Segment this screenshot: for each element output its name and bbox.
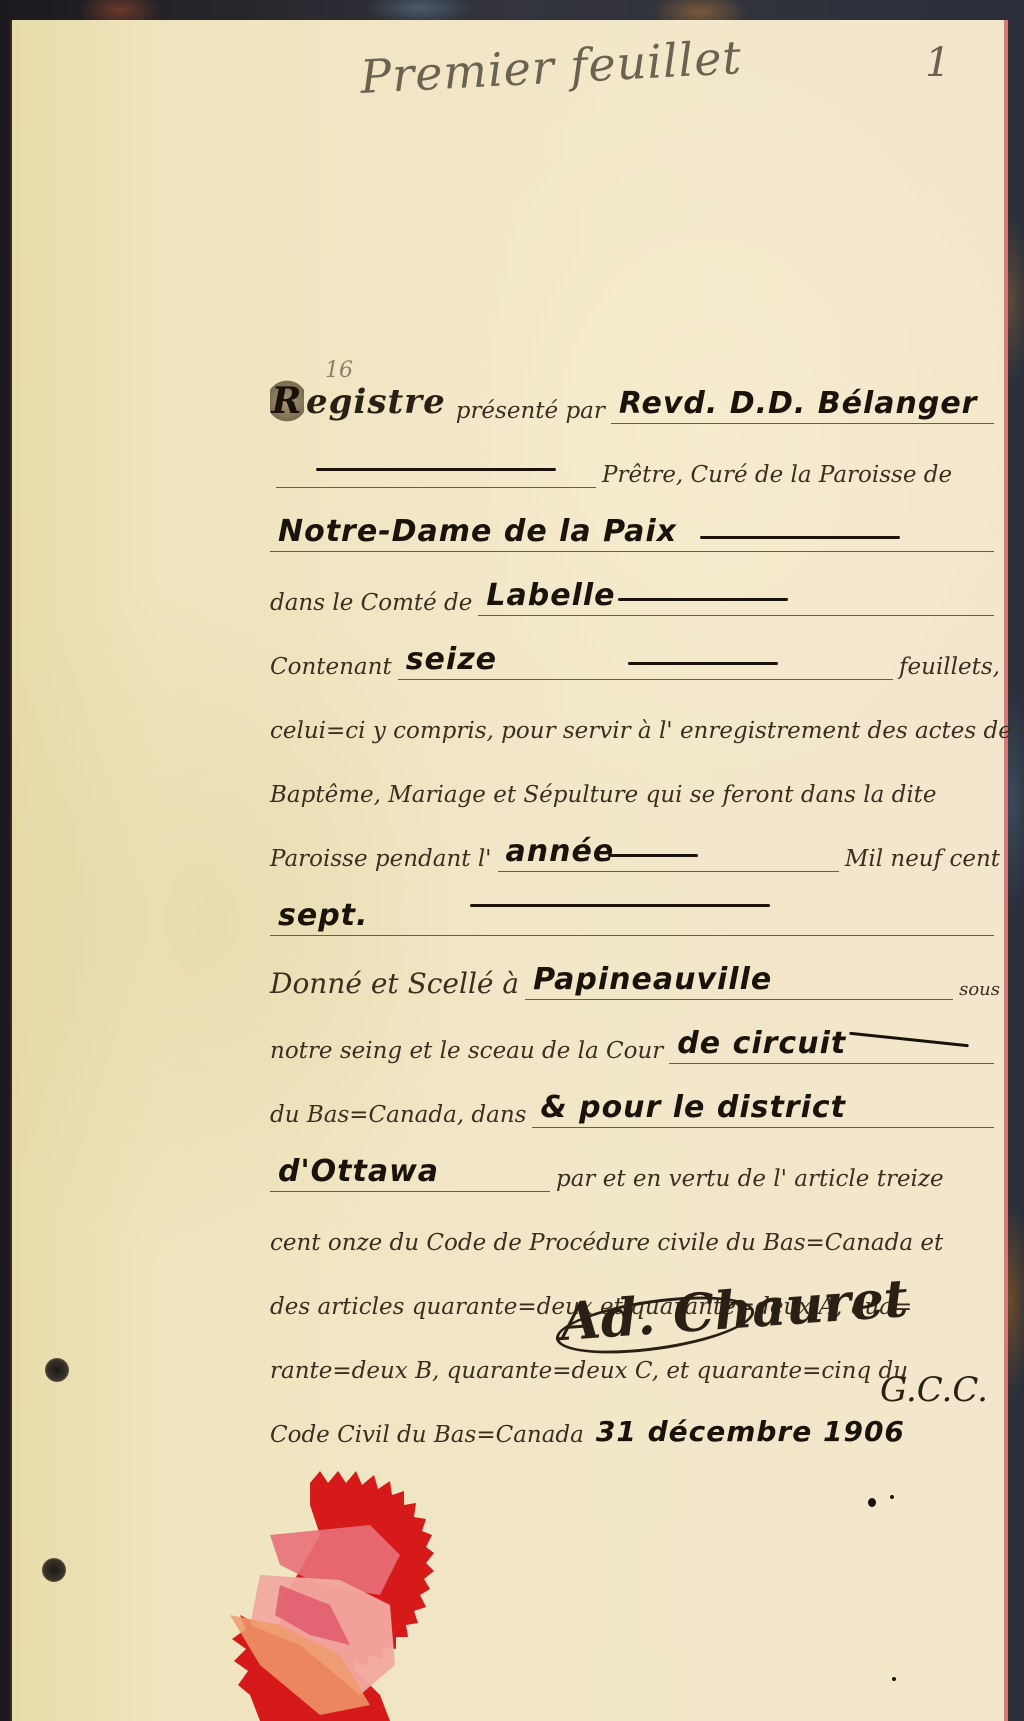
pen-stroke — [618, 598, 788, 601]
page-number: 1 — [925, 40, 950, 86]
handwritten-entry: seize — [406, 642, 497, 677]
printed-text: feuillets, — [899, 654, 1000, 680]
handwritten-entry: Notre-Dame de la Paix — [278, 514, 677, 549]
printed-text: rante=deux B, quarante=deux C, et quaran… — [270, 1358, 908, 1384]
printed-text: Mil neuf cent — [845, 846, 1000, 872]
ornamental-capital-icon: R — [270, 378, 304, 424]
form-line: Donné et Scellé à Papineauville sous — [270, 946, 1000, 1010]
form-line: d'Ottawa par et en vertu de l' article t… — [270, 1138, 1000, 1202]
field-presented-by: Revd. D.D. Bélanger — [611, 384, 994, 424]
printed-text: Donné et Scellé à — [270, 967, 519, 1000]
pen-stroke — [470, 904, 770, 907]
printed-text: notre seing et le sceau de la Cour — [270, 1038, 663, 1064]
field-year-word: année — [498, 832, 839, 872]
field-court: de circuit — [669, 1024, 994, 1064]
field-parish: Notre-Dame de la Paix — [270, 512, 994, 552]
handwritten-entry: sept. — [278, 898, 368, 933]
field-year: sept. — [270, 896, 994, 936]
printed-text: du Bas=Canada, dans — [270, 1102, 526, 1128]
pen-stroke — [316, 468, 556, 471]
field-district: & pour le district — [532, 1088, 994, 1128]
handwritten-entry: d'Ottawa — [278, 1154, 439, 1189]
handwritten-date: 31 décembre 1906 — [596, 1415, 905, 1448]
ink-spot — [890, 1495, 894, 1499]
form-line: cent onze du Code de Procédure civile du… — [270, 1202, 1000, 1266]
form-line: notre seing et le sceau de la Cour de ci… — [270, 1010, 1000, 1074]
printed-text: cent onze du Code de Procédure civile du… — [270, 1230, 943, 1256]
printed-text: celui=ci y compris, pour servir à l' enr… — [270, 718, 1012, 744]
field-leaf-count: seize — [398, 640, 893, 680]
printed-text: Paroisse pendant l' — [270, 846, 492, 872]
handwritten-entry: Revd. D.D. Bélanger — [619, 386, 978, 421]
pen-stroke — [608, 854, 698, 857]
printed-text: présenté par — [456, 398, 605, 424]
form-line: Paroisse pendant l' année Mil neuf cent — [270, 818, 1000, 882]
signature-title: G.C.C. — [880, 1370, 988, 1410]
form-line: dans le Comté de Labelle — [270, 562, 1000, 626]
form-line: celui=ci y compris, pour servir à l' enr… — [270, 690, 1000, 754]
field-place: Papineauville — [525, 960, 953, 1000]
ink-spot — [868, 1498, 876, 1507]
printed-text: Contenant — [270, 654, 392, 680]
form-line: Baptême, Mariage et Sépulture qui se fer… — [270, 754, 1000, 818]
form-line: sept. — [270, 882, 1000, 946]
pen-stroke — [849, 1032, 969, 1048]
printed-text: Prêtre, Curé de la Paroisse de — [602, 462, 952, 488]
field-county: Labelle — [478, 576, 994, 616]
ink-spot — [892, 1677, 896, 1681]
handwritten-entry: Labelle — [486, 578, 615, 613]
field-district-name: d'Ottawa — [270, 1152, 550, 1192]
printed-text: Baptême, Mariage et Sépulture qui se fer… — [270, 782, 937, 808]
handwritten-entry: & pour le district — [540, 1090, 846, 1125]
form-line: Notre-Dame de la Paix — [270, 498, 1000, 562]
handwritten-entry: Papineauville — [533, 962, 772, 997]
punch-hole — [42, 1558, 66, 1582]
handwritten-entry: de circuit — [677, 1026, 846, 1061]
punch-hole — [45, 1358, 69, 1382]
form-line: du Bas=Canada, dans & pour le district — [270, 1074, 1000, 1138]
page-red-edge — [1004, 20, 1008, 1721]
pen-stroke — [700, 536, 900, 539]
title-word: Registre — [270, 378, 446, 424]
pen-stroke — [628, 662, 778, 665]
field-blank — [276, 448, 596, 488]
printed-text: dans le Comté de — [270, 590, 472, 616]
printed-text: Code Civil du Bas=Canada — [270, 1422, 584, 1448]
wax-seal-icon — [220, 1465, 480, 1721]
form-line: Registre présenté par Revd. D.D. Bélange… — [270, 370, 1000, 434]
form-line: Prêtre, Curé de la Paroisse de — [270, 434, 1000, 498]
title-word-rest: egistre — [306, 382, 446, 422]
form-line: Contenant seize feuillets, — [270, 626, 1000, 690]
printed-text: par et en vertu de l' article treize — [556, 1166, 944, 1192]
handwritten-entry: année — [506, 834, 615, 869]
printed-text: sous — [959, 979, 1000, 1000]
